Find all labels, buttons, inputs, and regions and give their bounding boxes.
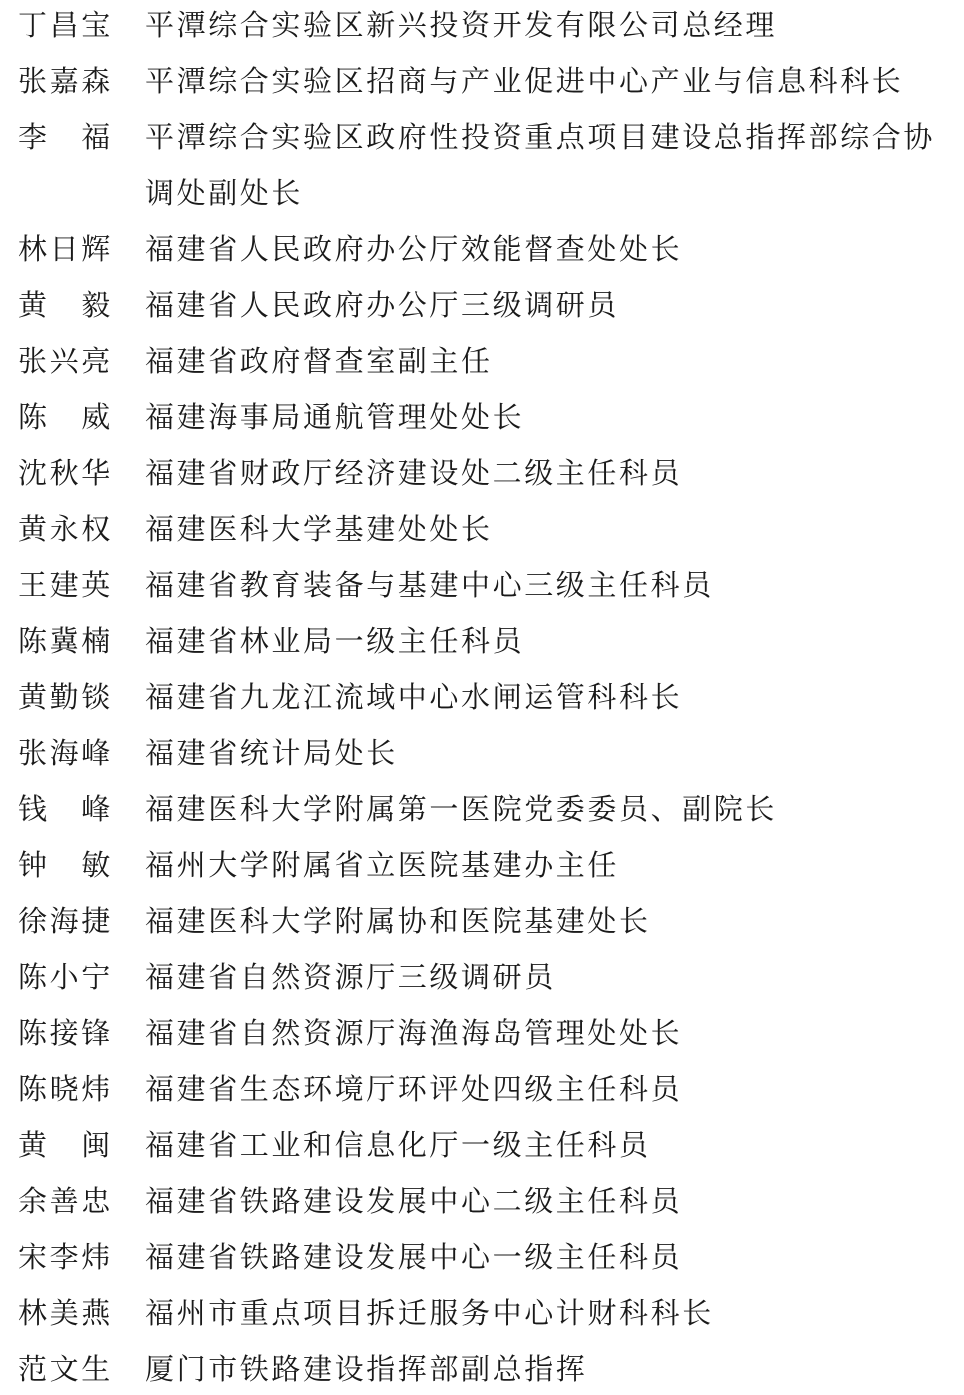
person-title: 福州大学附属省立医院基建办主任 [145, 837, 964, 893]
list-item: 黄勤锬 福建省九龙江流域中心水闸运管科科长 [0, 669, 964, 725]
person-name: 徐海捷 [0, 893, 145, 949]
person-title: 福建省九龙江流域中心水闸运管科科长 [145, 669, 964, 725]
person-title: 福建省铁路建设发展中心二级主任科员 [145, 1173, 964, 1229]
list-item: 徐海捷 福建医科大学附属协和医院基建处长 [0, 893, 964, 949]
person-name: 陈晓炜 [0, 1061, 145, 1117]
person-title: 平潭综合实验区新兴投资开发有限公司总经理 [145, 0, 964, 53]
list-item: 王建英 福建省教育装备与基建中心三级主任科员 [0, 557, 964, 613]
person-title: 平潭综合实验区政府性投资重点项目建设总指挥部综合协调处副处长 [145, 109, 964, 221]
list-item: 余善忠 福建省铁路建设发展中心二级主任科员 [0, 1173, 964, 1229]
person-name: 张嘉森 [0, 53, 145, 109]
person-name: 王建英 [0, 557, 145, 613]
list-item: 陈接锋 福建省自然资源厅海渔海岛管理处处长 [0, 1005, 964, 1061]
person-title: 福州市重点项目拆迁服务中心计财科科长 [145, 1285, 964, 1341]
person-name: 张海峰 [0, 725, 145, 781]
person-title: 福建医科大学基建处处长 [145, 501, 964, 557]
person-name: 黄 闽 [0, 1117, 145, 1173]
person-title: 福建省人民政府办公厅效能督查处处长 [145, 221, 964, 277]
person-name: 陈接锋 [0, 1005, 145, 1061]
list-item: 宋李炜 福建省铁路建设发展中心一级主任科员 [0, 1229, 964, 1285]
person-title: 福建省工业和信息化厅一级主任科员 [145, 1117, 964, 1173]
person-name: 张兴亮 [0, 333, 145, 389]
person-name: 范文生 [0, 1341, 145, 1395]
list-item: 钱 峰 福建医科大学附属第一医院党委委员、副院长 [0, 781, 964, 837]
person-name: 钱 峰 [0, 781, 145, 837]
list-item: 钟 敏 福州大学附属省立医院基建办主任 [0, 837, 964, 893]
person-title: 福建医科大学附属第一医院党委委员、副院长 [145, 781, 964, 837]
list-item: 陈小宁 福建省自然资源厅三级调研员 [0, 949, 964, 1005]
list-item: 林日辉 福建省人民政府办公厅效能督查处处长 [0, 221, 964, 277]
person-title: 福建省林业局一级主任科员 [145, 613, 964, 669]
person-title: 福建省生态环境厅环评处四级主任科员 [145, 1061, 964, 1117]
list-item: 范文生 厦门市铁路建设指挥部副总指挥 [0, 1341, 964, 1395]
list-item: 黄永权 福建医科大学基建处处长 [0, 501, 964, 557]
person-name: 宋李炜 [0, 1229, 145, 1285]
person-title: 福建省人民政府办公厅三级调研员 [145, 277, 964, 333]
person-name: 沈秋华 [0, 445, 145, 501]
list-item: 张兴亮 福建省政府督查室副主任 [0, 333, 964, 389]
person-title: 福建省财政厅经济建设处二级主任科员 [145, 445, 964, 501]
person-name: 陈 威 [0, 389, 145, 445]
person-name: 黄 毅 [0, 277, 145, 333]
person-name: 黄勤锬 [0, 669, 145, 725]
person-name: 陈小宁 [0, 949, 145, 1005]
list-item: 李 福 平潭综合实验区政府性投资重点项目建设总指挥部综合协调处副处长 [0, 109, 964, 221]
person-name: 余善忠 [0, 1173, 145, 1229]
person-name: 林美燕 [0, 1285, 145, 1341]
person-title: 福建省统计局处长 [145, 725, 964, 781]
list-item: 丁昌宝 平潭综合实验区新兴投资开发有限公司总经理 [0, 0, 964, 53]
person-title: 福建省自然资源厅三级调研员 [145, 949, 964, 1005]
list-item: 林美燕 福州市重点项目拆迁服务中心计财科科长 [0, 1285, 964, 1341]
person-title: 福建医科大学附属协和医院基建处长 [145, 893, 964, 949]
person-name: 钟 敏 [0, 837, 145, 893]
person-title: 福建省铁路建设发展中心一级主任科员 [145, 1229, 964, 1285]
list-item: 张海峰 福建省统计局处长 [0, 725, 964, 781]
list-item: 陈 威 福建海事局通航管理处处长 [0, 389, 964, 445]
person-title: 福建海事局通航管理处处长 [145, 389, 964, 445]
list-item: 沈秋华 福建省财政厅经济建设处二级主任科员 [0, 445, 964, 501]
person-title: 福建省教育装备与基建中心三级主任科员 [145, 557, 964, 613]
person-title: 平潭综合实验区招商与产业促进中心产业与信息科科长 [145, 53, 964, 109]
list-item: 黄 闽 福建省工业和信息化厅一级主任科员 [0, 1117, 964, 1173]
list-item: 陈冀楠 福建省林业局一级主任科员 [0, 613, 964, 669]
personnel-list: 丁昌宝 平潭综合实验区新兴投资开发有限公司总经理 张嘉森 平潭综合实验区招商与产… [0, 0, 964, 1395]
person-name: 林日辉 [0, 221, 145, 277]
list-item: 陈晓炜 福建省生态环境厅环评处四级主任科员 [0, 1061, 964, 1117]
person-name: 丁昌宝 [0, 0, 145, 53]
list-item: 张嘉森 平潭综合实验区招商与产业促进中心产业与信息科科长 [0, 53, 964, 109]
person-name: 李 福 [0, 109, 145, 165]
person-title: 福建省自然资源厅海渔海岛管理处处长 [145, 1005, 964, 1061]
person-title: 厦门市铁路建设指挥部副总指挥 [145, 1341, 964, 1395]
person-title: 福建省政府督查室副主任 [145, 333, 964, 389]
person-name: 陈冀楠 [0, 613, 145, 669]
list-item: 黄 毅 福建省人民政府办公厅三级调研员 [0, 277, 964, 333]
person-name: 黄永权 [0, 501, 145, 557]
